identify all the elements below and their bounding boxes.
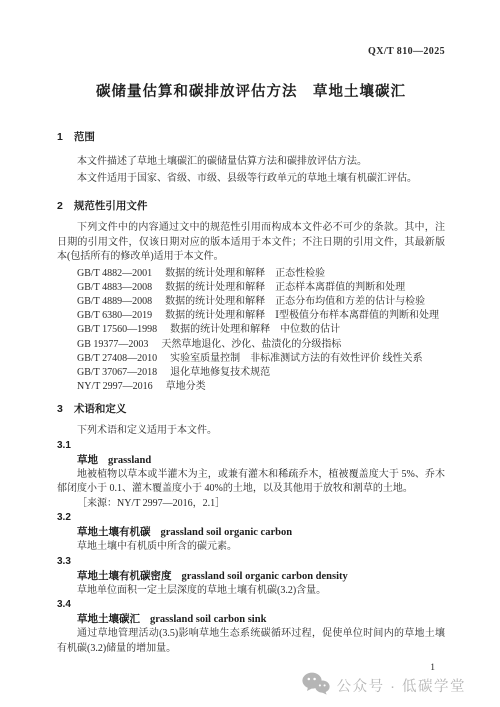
reference-code: GB/T 4882—2001 [77, 268, 152, 279]
term-entry-soil-organic-carbon-density: 3.3 草地土壤有机碳密度grassland soil organic carb… [57, 555, 445, 599]
term-entry-soil-organic-carbon: 3.2 草地土壤有机碳grassland soil organic carbon… [57, 511, 445, 555]
reference-code: GB 19377—2003 [77, 339, 148, 350]
term-source: ［来源：NY/T 2997—2016，2.1］ [57, 497, 445, 512]
reference-item: GB/T 4882—2001数据的统计处理和解释 正态性检验 [57, 267, 445, 281]
term-name-en: grassland [108, 455, 151, 466]
reference-item: GB/T 6380—2019数据的统计处理和解释 Ⅰ型极值分布样本离群值的判断和… [57, 309, 445, 323]
term-name-en: grassland soil carbon sink [150, 614, 266, 625]
scope-paragraph-2: 本文件适用于国家、省级、市级、县级等行政单元的草地土壤有机碳汇评估。 [57, 171, 445, 188]
reference-code: GB/T 27408—2010 [77, 353, 157, 364]
wechat-watermark: 公众号 · 低碳学堂 [302, 672, 466, 699]
reference-title: 数据的统计处理和解释 正态样本离群值的判断和处理 [165, 282, 405, 293]
term-name-cn: 草地 [77, 454, 98, 466]
section-title: 规范性引用文件 [74, 200, 148, 212]
term-definition: 地被植物以草本或半灌木为主，或兼有灌木和稀疏乔木，植被覆盖度大于 5%、乔木郁闭… [57, 468, 445, 497]
reference-item: GB/T 17560—1998数据的统计处理和解释 中位数的估计 [57, 323, 445, 337]
document-page: QX/T 810—2025 碳储量估算和碳排放评估方法 草地土壤碳汇 1范围 本… [0, 0, 500, 674]
term-name-cn: 草地土壤有机碳密度 [77, 570, 172, 582]
reference-item: GB/T 27408—2010实验室质量控制 非标准测试方法的有效性评价 线性关… [57, 352, 445, 366]
reference-code: GB/T 6380—2019 [77, 310, 152, 321]
term-heading: 草地土壤碳汇grassland soil carbon sink [57, 612, 445, 627]
term-number: 3.2 [57, 511, 445, 525]
reference-item: GB/T 4889—2008数据的统计处理和解释 正态分布均值和方差的估计与检验 [57, 295, 445, 309]
term-number: 3.1 [57, 439, 445, 453]
section-heading-scope: 1范围 [57, 131, 445, 144]
term-name-en: grassland soil organic carbon density [182, 571, 348, 582]
standard-number: QX/T 810—2025 [57, 46, 445, 58]
term-heading: 草地grassland [57, 453, 445, 468]
term-name-cn: 草地土壤有机碳 [77, 526, 151, 538]
scope-paragraph-1: 本文件描述了草地土壤碳汇的碳储量估算方法和碳排放评估方法。 [57, 154, 445, 171]
section-title: 范围 [74, 131, 95, 143]
reference-code: GB/T 4883—2008 [77, 282, 152, 293]
reference-item: GB/T 4883—2008数据的统计处理和解释 正态样本离群值的判断和处理 [57, 281, 445, 295]
reference-title: 数据的统计处理和解释 正态分布均值和方差的估计与检验 [165, 296, 425, 307]
reference-title: 退化草地修复技术规范 [170, 367, 270, 378]
term-definition: 草地土壤中有机质中所含的碳元素。 [57, 540, 445, 555]
section-number: 1 [57, 131, 63, 143]
reference-title: 实验室质量控制 非标准测试方法的有效性评价 线性关系 [170, 353, 423, 364]
term-definition: 草地单位面积一定土层深度的草地土壤有机碳(3.2)含量。 [57, 584, 445, 599]
reference-item: GB 19377—2003天然草地退化、沙化、盐渍化的分级指标 [57, 338, 445, 352]
reference-code: GB/T 37067—2018 [77, 367, 157, 378]
section-heading-terms-definitions: 3术语和定义 [57, 403, 445, 416]
normative-references-intro: 下列文件中的内容通过文中的规范性引用而构成本文件必不可少的条款。其中，注日期的引… [57, 221, 445, 265]
reference-title: 数据的统计处理和解释 中位数的估计 [170, 324, 340, 335]
wechat-icon [302, 672, 330, 699]
reference-title: 天然草地退化、沙化、盐渍化的分级指标 [161, 339, 341, 350]
term-heading: 草地土壤有机碳grassland soil organic carbon [57, 525, 445, 540]
watermark-label: 公众号 · 低碳学堂 [337, 675, 466, 696]
section-number: 2 [57, 200, 63, 212]
term-definition: 通过草地管理活动(3.5)影响草地生态系统碳循环过程，促使单位时间内的草地土壤有… [57, 627, 445, 656]
section-title: 术语和定义 [74, 403, 127, 415]
term-heading: 草地土壤有机碳密度grassland soil organic carbon d… [57, 569, 445, 584]
section-number: 3 [57, 403, 63, 415]
reference-code: GB/T 4889—2008 [77, 296, 152, 307]
term-entry-soil-carbon-sink: 3.4 草地土壤碳汇grassland soil carbon sink 通过草… [57, 598, 445, 656]
reference-code: GB/T 17560—1998 [77, 324, 157, 335]
terms-intro: 下列术语和定义适用于本文件。 [57, 424, 445, 439]
reference-title: 数据的统计处理和解释 正态性检验 [165, 268, 325, 279]
term-entry-grassland: 3.1 草地grassland 地被植物以草本或半灌木为主，或兼有灌木和稀疏乔木… [57, 439, 445, 512]
term-name-cn: 草地土壤碳汇 [77, 613, 140, 625]
reference-item: GB/T 37067—2018退化草地修复技术规范 [57, 366, 445, 380]
reference-code: NY/T 2997—2016 [77, 381, 153, 392]
term-name-en: grassland soil organic carbon [161, 527, 293, 538]
reference-title: 草地分类 [166, 381, 206, 392]
document-title: 碳储量估算和碳排放评估方法 草地土壤碳汇 [57, 84, 445, 101]
term-number: 3.4 [57, 598, 445, 612]
section-heading-normative-references: 2规范性引用文件 [57, 200, 445, 213]
reference-item: NY/T 2997—2016草地分类 [57, 380, 445, 394]
reference-title: 数据的统计处理和解释 Ⅰ型极值分布样本离群值的判断和处理 [165, 310, 439, 321]
reference-list: GB/T 4882—2001数据的统计处理和解释 正态性检验 GB/T 4883… [57, 267, 445, 395]
term-number: 3.3 [57, 555, 445, 569]
